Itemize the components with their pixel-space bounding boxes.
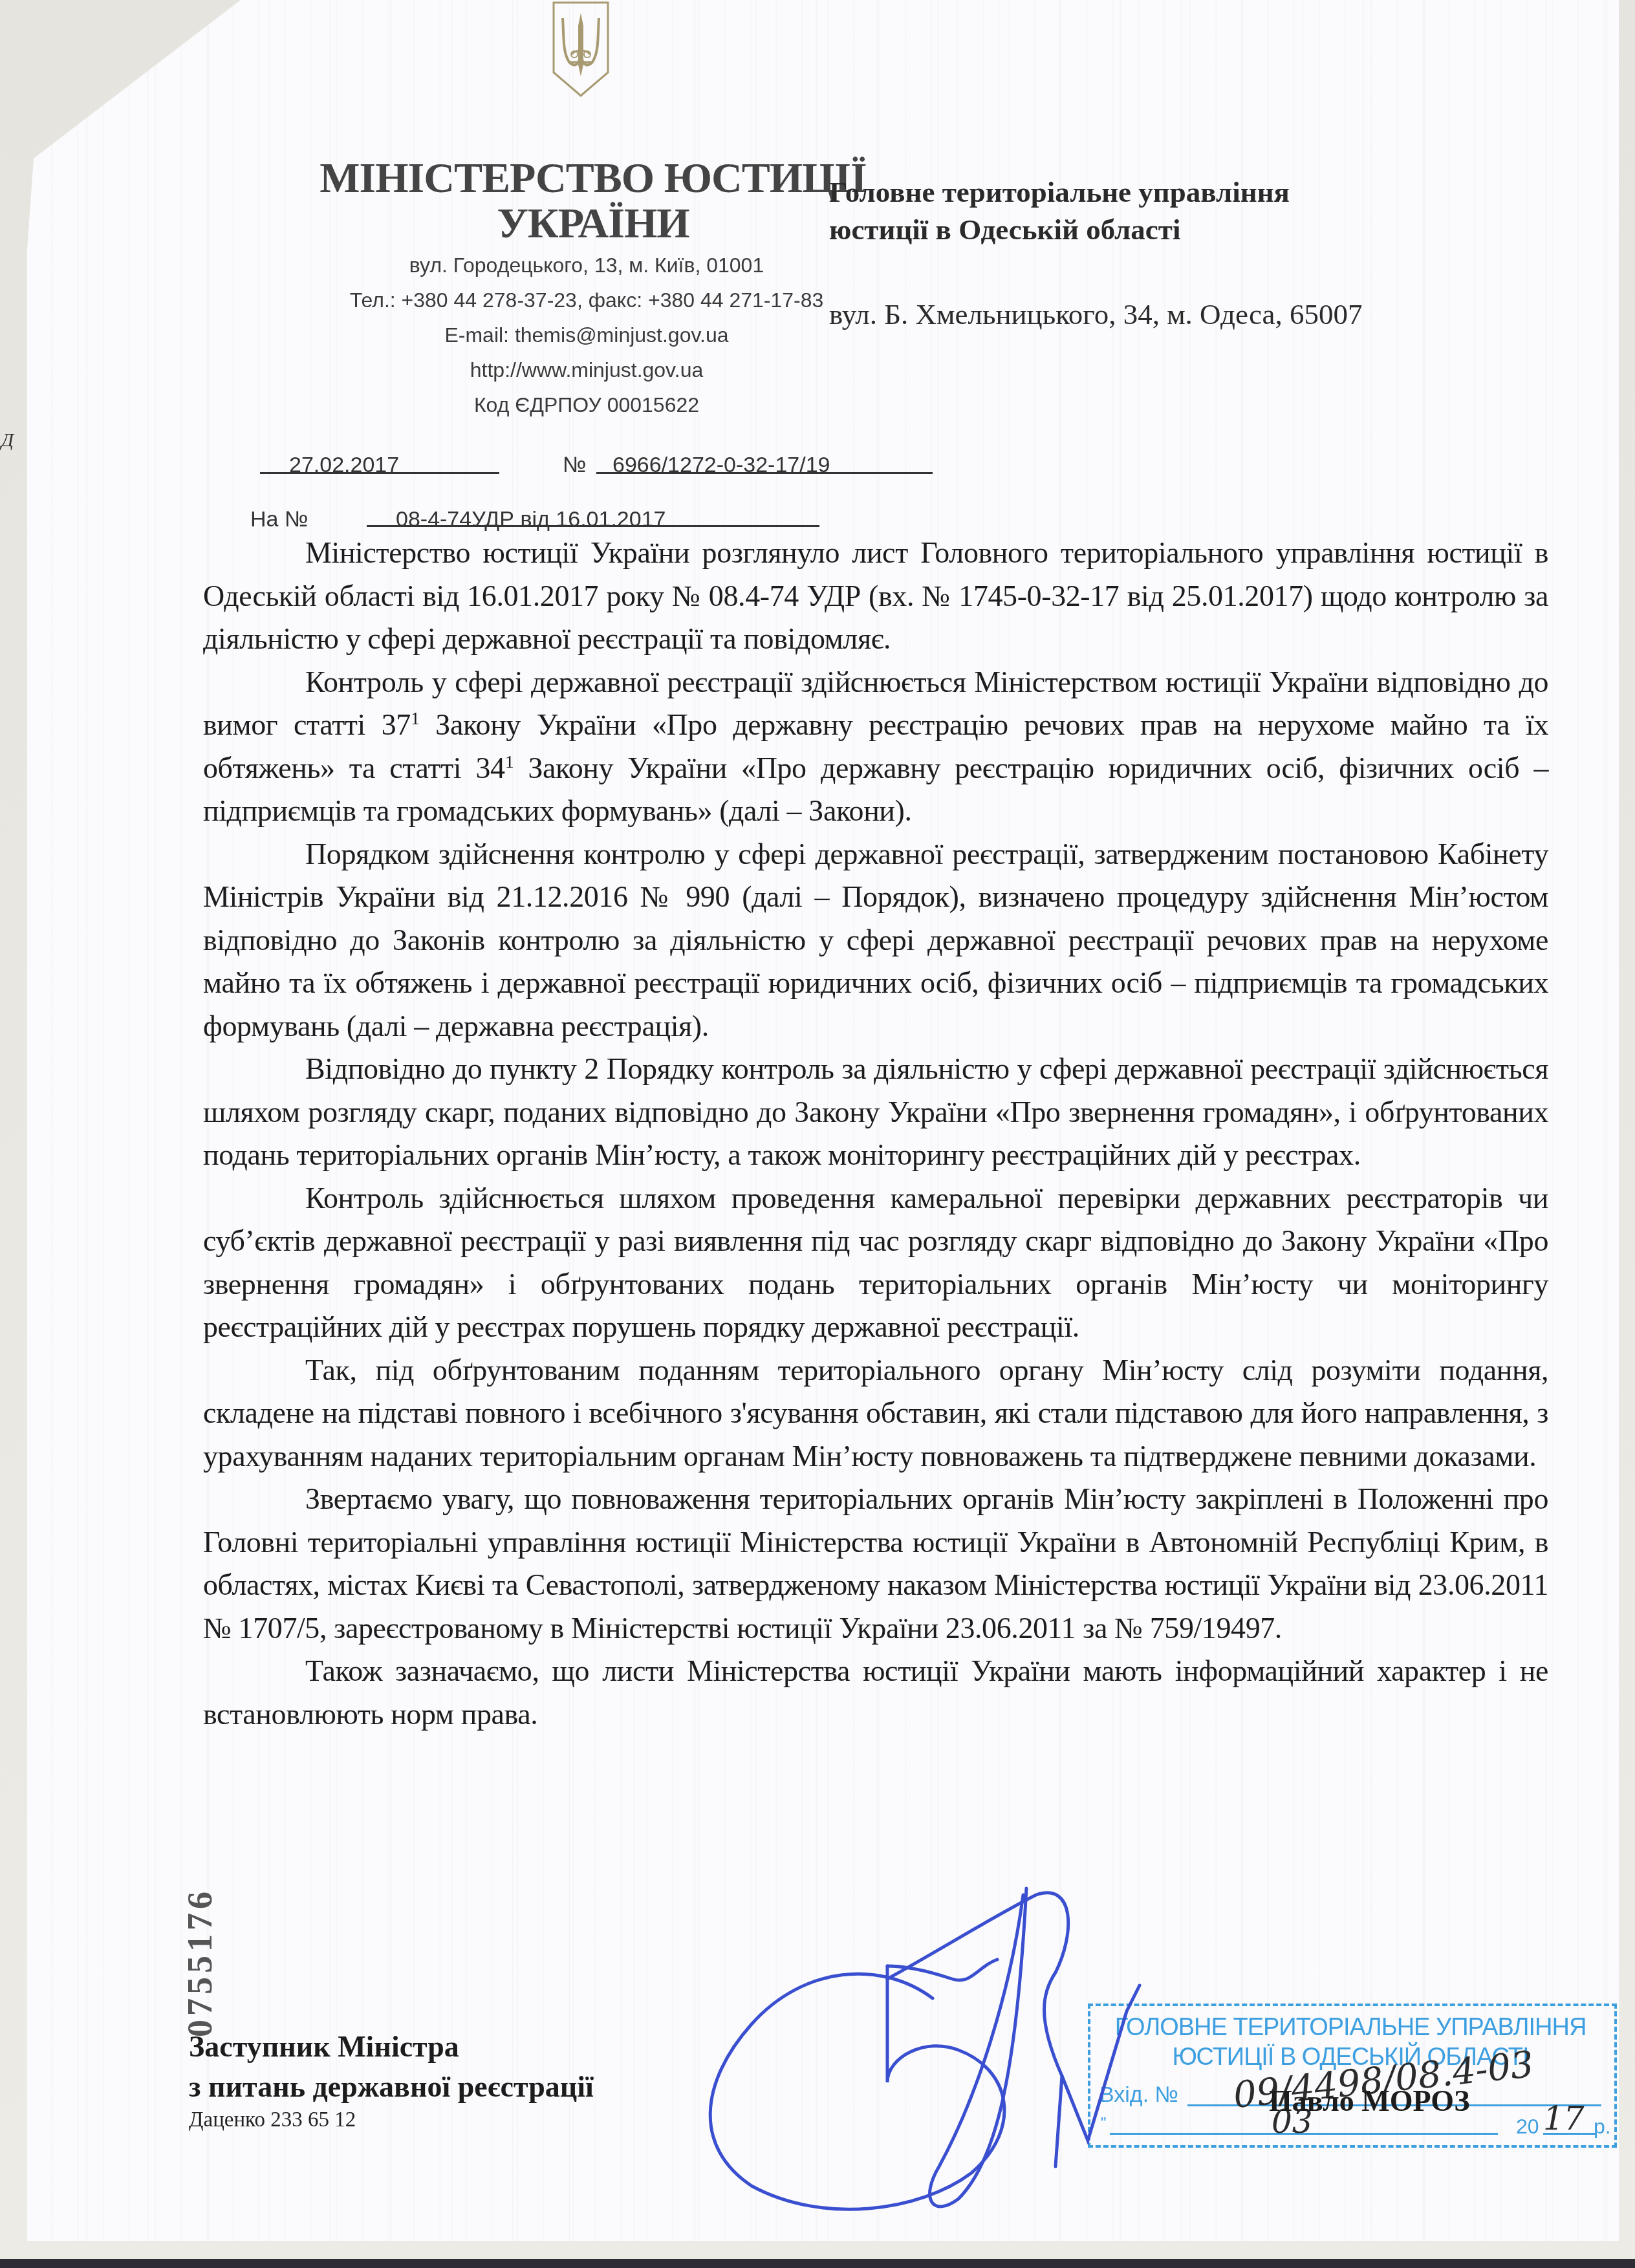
reply-reference: 08-4-74УДР від 16.01.2017 bbox=[396, 507, 666, 532]
ministry-email: E-mail: themis@minjust.gov.ua bbox=[296, 323, 878, 347]
ministry-address: вул. Городецького, 13, м. Київ, 01001 bbox=[296, 254, 878, 277]
ministry-edrpou: Код ЄДРПОУ 00015622 bbox=[296, 393, 878, 417]
incoming-registration-stamp: ГОЛОВНЕ ТЕРИТОРІАЛЬНЕ УПРАВЛІННЯ ЮСТИЦІЇ… bbox=[1088, 2003, 1617, 2148]
ministry-website: http://www.minjust.gov.ua bbox=[296, 358, 878, 382]
paragraph-3: Порядком здійснення контролю у сфері дер… bbox=[203, 833, 1548, 1048]
signer-name: Павло МОРОЗ bbox=[1269, 2084, 1469, 2118]
letter-page: МІНІСТЕРСТВО ЮСТИЦІЇ УКРАЇНИ вул. Городе… bbox=[27, 0, 1619, 2241]
paragraph-4: Відповідно до пункту 2 Порядку контроль … bbox=[203, 1048, 1548, 1177]
paragraph-1: Міністерство юстиції України розглянуло … bbox=[203, 532, 1548, 661]
signer-position-line2: з питань державної реєстрації bbox=[189, 2069, 594, 2104]
outgoing-date: 27.02.2017 bbox=[289, 453, 399, 478]
stamp-line1: ГОЛОВНЕ ТЕРИТОРІАЛЬНЕ УПРАВЛІННЯ bbox=[1098, 2014, 1603, 2042]
stamp-year-suffix: р. bbox=[1594, 2115, 1611, 2139]
stamp-incoming-label: Вхід. № bbox=[1099, 2082, 1178, 2108]
recipient-address: вул. Б. Хмельницького, 34, м. Одеса, 650… bbox=[829, 297, 1363, 331]
ministry-title-line2: УКРАЇНИ bbox=[315, 202, 871, 245]
executor-contact: Даценко 233 65 12 bbox=[189, 2108, 356, 2132]
margin-vertical-stamp: 0755176 bbox=[180, 1804, 219, 2037]
ministry-title-line1: МІНІСТЕРСТВО ЮСТИЦІЇ bbox=[315, 157, 871, 200]
letter-body: Міністерство юстиції України розглянуло … bbox=[203, 532, 1548, 1736]
stamp-year-prefix: 20 bbox=[1516, 2115, 1539, 2139]
outgoing-number: 6966/1272-0-32-17/19 bbox=[612, 453, 830, 478]
ministry-phones: Тел.: +380 44 278-37-23, факс: +380 44 2… bbox=[296, 288, 878, 312]
signer-position-line1: Заступник Міністра bbox=[189, 2029, 459, 2064]
paragraph-7: Звертаємо увагу, що повноваження територ… bbox=[203, 1478, 1548, 1650]
recipient-name-line1: Головне територіальне управління bbox=[829, 173, 1290, 211]
paragraph-2: Контроль у сфері державної реєстрації зд… bbox=[203, 661, 1548, 833]
stamp-quote: " bbox=[1101, 2115, 1107, 2133]
recipient-name-line2: юстиції в Одеській області bbox=[829, 211, 1180, 248]
edge-letter-mark: Д bbox=[1, 429, 14, 451]
trident-coat-of-arms-icon bbox=[550, 0, 612, 98]
stamp-handwritten-year: 17 bbox=[1543, 2100, 1585, 2137]
reply-label: На № bbox=[250, 507, 308, 532]
paragraph-6: Так, під обґрунтованим поданням територі… bbox=[203, 1349, 1548, 1478]
paragraph-8: Також зазначаємо, що листи Міністерства … bbox=[203, 1650, 1548, 1736]
outgoing-number-label: № bbox=[563, 453, 586, 478]
scanner-bottom-edge bbox=[0, 2259, 1635, 2268]
paragraph-5: Контроль здійснюється шляхом проведення … bbox=[203, 1177, 1548, 1349]
